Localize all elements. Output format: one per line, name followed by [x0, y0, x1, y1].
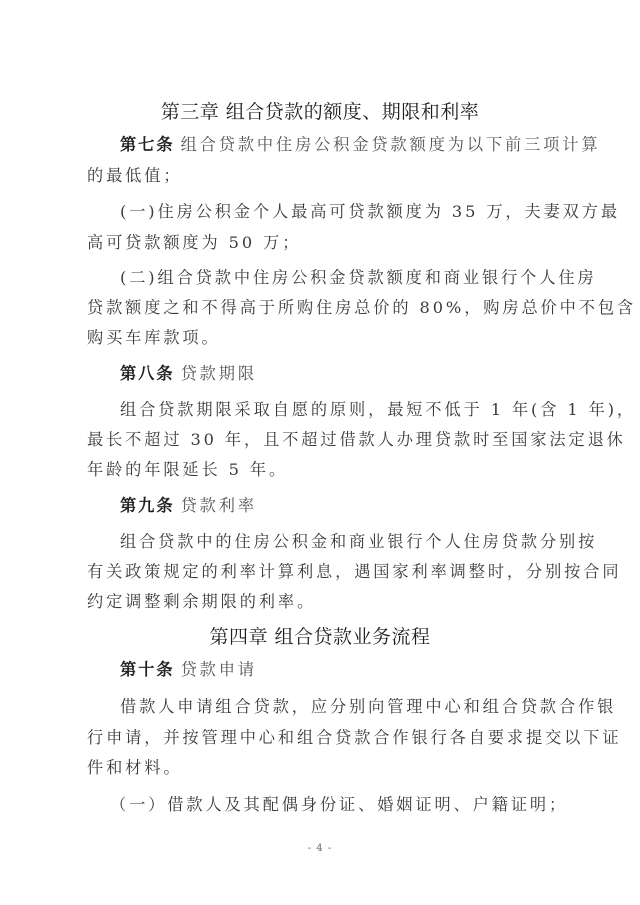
article-10-line: 行申请，并按管理中心和组合贷款合作银行各自要求提交以下证 — [87, 728, 557, 748]
item-10-1-line: （一）借款人及其配偶身份证、婚姻证明、户籍证明； — [110, 795, 580, 815]
item-7-2-line: 购买车库款项。 — [87, 328, 557, 348]
article-9-title: 第九条 — [120, 496, 175, 515]
page-number: - 4 - — [0, 843, 640, 854]
article-9-line: 约定调整剩余期限的利率。 — [87, 592, 557, 612]
item-7-1-line: (一)住房公积金个人最高可贷款额度为 35 万，夫妻双方最 — [120, 202, 590, 222]
article-8-line: 组合贷款期限采取自愿的原则，最短不低于 1 年(含 1 年)， — [120, 400, 590, 420]
article-8-title: 第八条 — [120, 364, 175, 383]
chapter-4-title: 第四章 组合贷款业务流程 — [0, 622, 640, 649]
article-7-heading: 第七条组合贷款中住房公积金贷款额度为以下前三项计算 — [120, 135, 590, 155]
article-7-subtitle: 组合贷款中住房公积金贷款额度为以下前三项计算 — [181, 135, 601, 154]
item-7-2-line: (二)组合贷款中住房公积金贷款额度和商业银行个人住房 — [120, 268, 590, 288]
chapter-3-title: 第三章 组合贷款的额度、期限和利率 — [0, 97, 640, 124]
article-8-subtitle: 贷款期限 — [181, 364, 257, 383]
article-8-line: 年龄的年限延长 5 年。 — [87, 460, 557, 480]
article-9-subtitle: 贷款利率 — [181, 496, 257, 515]
article-9-line: 有关政策规定的利率计算利息，遇国家利率调整时，分别按合同 — [87, 562, 557, 582]
article-8-line: 最长不超过 30 年，且不超过借款人办理贷款时至国家法定退休 — [87, 430, 557, 450]
document-page: 第三章 组合贷款的额度、期限和利率 第七条组合贷款中住房公积金贷款额度为以下前三… — [0, 0, 640, 905]
article-10-heading: 第十条贷款申请 — [120, 660, 590, 680]
article-10-title: 第十条 — [120, 660, 175, 679]
article-9-heading: 第九条贷款利率 — [120, 496, 590, 516]
article-10-line: 件和材料。 — [87, 758, 557, 778]
item-7-2-line: 贷款额度之和不得高于所购住房总价的 80%，购房总价中不包含 — [87, 298, 557, 318]
article-10-line: 借款人申请组合贷款，应分别向管理中心和组合贷款合作银 — [120, 697, 590, 717]
article-9-line: 组合贷款中的住房公积金和商业银行个人住房贷款分别按 — [120, 532, 590, 552]
item-7-1-line: 高可贷款额度为 50 万； — [87, 233, 557, 253]
article-8-heading: 第八条贷款期限 — [120, 364, 590, 384]
article-7-line: 的最低值； — [87, 166, 557, 186]
article-7-title: 第七条 — [120, 135, 175, 154]
article-10-subtitle: 贷款申请 — [181, 660, 257, 679]
